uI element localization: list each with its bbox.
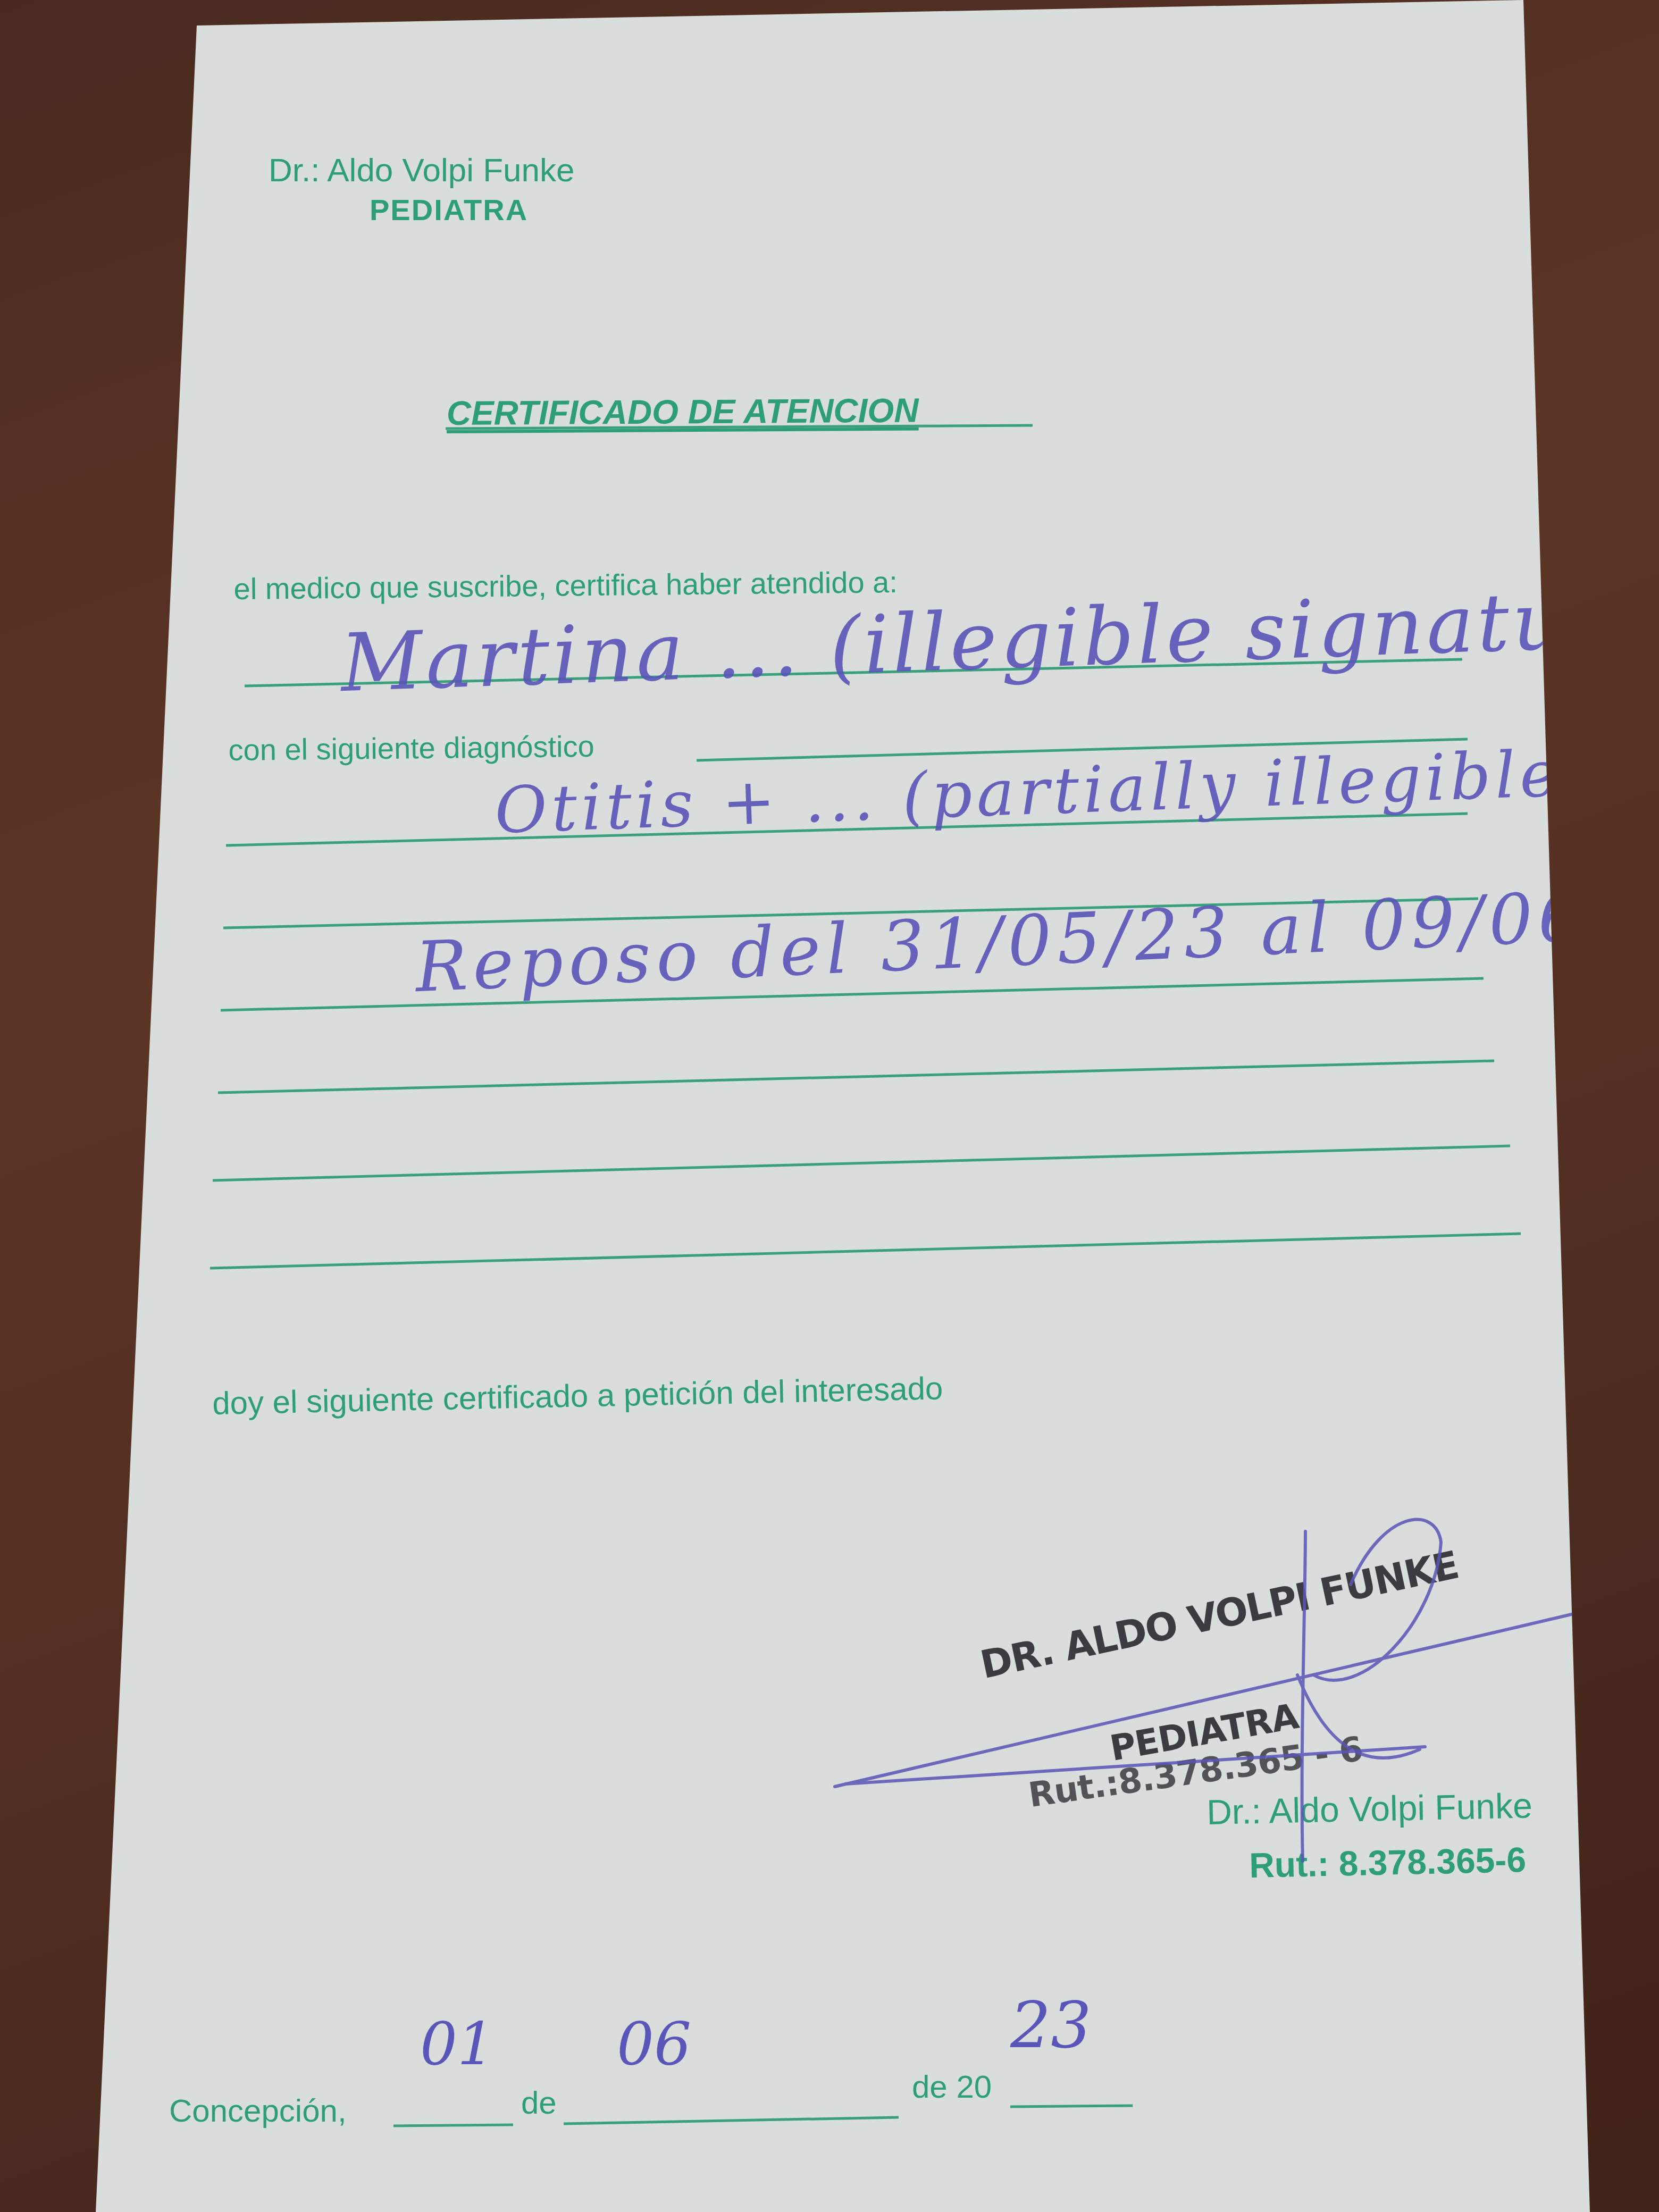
printed-signature-name: Dr.: Aldo Volpi Funke	[1206, 1785, 1532, 1832]
certificate-paper: Dr.: Aldo Volpi Funke PEDIATRA CERTIFICA…	[0, 0, 1659, 2212]
handwritten-date-day: 01	[420, 2010, 495, 2078]
closing-statement: doy el siguiente certificado a petición …	[212, 1370, 943, 1422]
footer-de-year: de 20	[912, 2068, 992, 2105]
document-title: CERTIFICADO DE ATENCION	[447, 391, 919, 433]
footer-city: Concepción,	[169, 2092, 347, 2129]
stamp-doctor-name: DR. ALDO VOLPI FUNKE	[976, 1543, 1462, 1688]
printed-signature-rut: Rut.: 8.378.365-6	[1249, 1839, 1526, 1886]
attended-label: el medico que suscribe, certifica haber …	[233, 565, 898, 606]
handwritten-date-month: 06	[617, 2010, 691, 2078]
doctor-specialty-header: PEDIATRA	[370, 192, 528, 227]
footer-de-month: de	[521, 2084, 557, 2121]
handwritten-date-year: 23	[1010, 1989, 1092, 2063]
doctor-name-header: Dr.: Aldo Volpi Funke	[269, 152, 575, 189]
diagnosis-label: con el siguiente diagnóstico	[228, 729, 594, 767]
handwritten-diagnosis: Otitis + ... (partially illegible)	[493, 736, 1592, 848]
handwritten-rest-period: Reposo del 31/05/23 al 09/06/23	[414, 870, 1659, 1008]
